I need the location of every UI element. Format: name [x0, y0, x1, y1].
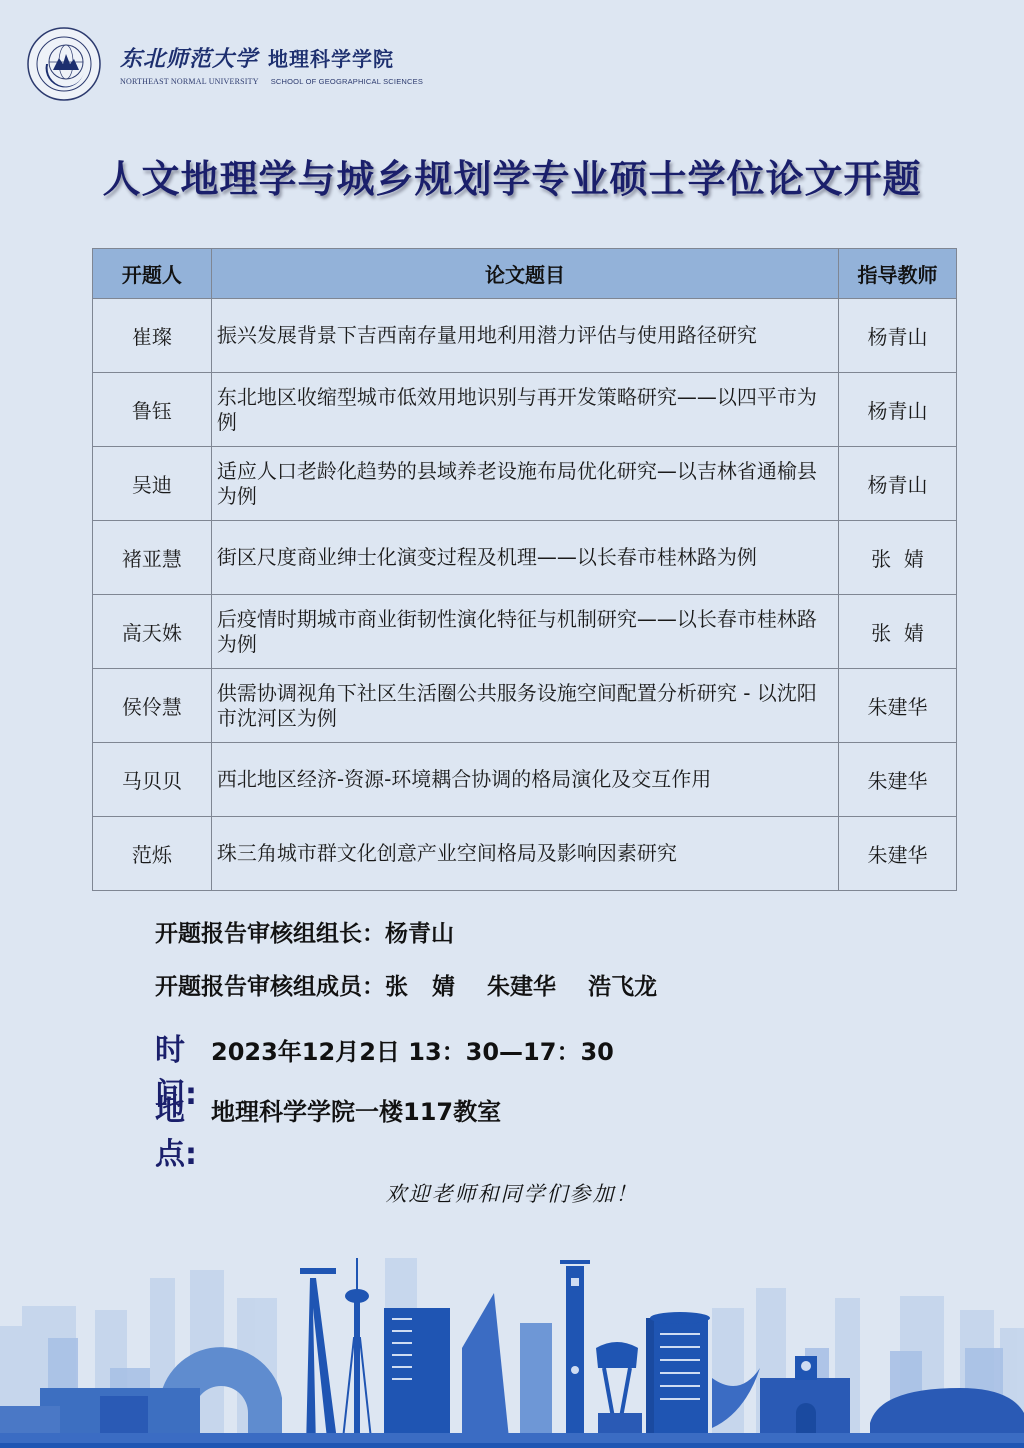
table-row: 高天姝 后疫情时期城市商业街韧性演化特征与机制研究——以长春市桂林路为例 张 婧 [93, 595, 957, 669]
advisor-name: 朱建华 [839, 817, 957, 891]
thesis-topic: 街区尺度商业绅士化演变过程及机理——以长春市桂林路为例 [211, 521, 838, 595]
presenter-name: 侯伶慧 [93, 669, 212, 743]
presenter-name: 褚亚慧 [93, 521, 212, 595]
header-advisor: 指导教师 [839, 249, 957, 299]
review-members: 开题报告审核组成员：张 婧 朱建华 浩飞龙 [155, 968, 657, 1001]
advisor-name: 杨青山 [839, 299, 957, 373]
table-row: 范烁 珠三角城市群文化创意产业空间格局及影响因素研究 朱建华 [93, 817, 957, 891]
welcome-message: 欢迎老师和同学们参加！ [0, 1178, 1024, 1208]
thesis-topic: 适应人口老龄化趋势的县域养老设施布局优化研究—以吉林省通榆县为例 [211, 447, 838, 521]
presenter-name: 崔璨 [93, 299, 212, 373]
presenter-name: 马贝贝 [93, 743, 212, 817]
table-row: 鲁钰 东北地区收缩型城市低效用地识别与再开发策略研究——以四平市为例 杨青山 [93, 373, 957, 447]
thesis-topic: 西北地区经济-资源-环境耦合协调的格局演化及交互作用 [211, 743, 838, 817]
table-row: 马贝贝 西北地区经济-资源-环境耦合协调的格局演化及交互作用 朱建华 [93, 743, 957, 817]
presenter-name: 鲁钰 [93, 373, 212, 447]
presenter-name: 吴迪 [93, 447, 212, 521]
brand-text: 东北师范大学 地理科学学院 NORTHEAST NORMAL UNIVERSIT… [120, 42, 423, 86]
presenter-name: 范烁 [93, 817, 212, 891]
place-value: 地理科学学院一楼117教室 [211, 1092, 501, 1127]
thesis-proposal-table: 开题人 论文题目 指导教师 崔璨 振兴发展背景下吉西南存量用地利用潜力评估与使用… [92, 248, 957, 891]
table-row: 崔璨 振兴发展背景下吉西南存量用地利用潜力评估与使用路径研究 杨青山 [93, 299, 957, 373]
thesis-topic: 珠三角城市群文化创意产业空间格局及影响因素研究 [211, 817, 838, 891]
advisor-name: 杨青山 [839, 447, 957, 521]
city-skyline-illustration [0, 1238, 1024, 1448]
header-presenter: 开题人 [93, 249, 212, 299]
place-label: 地点: [155, 1085, 197, 1173]
time-value: 2023年12月2日 13：30—17：30 [211, 1032, 614, 1067]
school-name-en: SCHOOL OF GEOGRAPHICAL SCIENCES [271, 77, 423, 86]
event-place: 地点: 地理科学学院一楼117教室 [155, 1085, 501, 1173]
advisor-name: 杨青山 [839, 373, 957, 447]
table-row: 褚亚慧 街区尺度商业绅士化演变过程及机理——以长春市桂林路为例 张 婧 [93, 521, 957, 595]
table-row: 吴迪 适应人口老龄化趋势的县域养老设施布局优化研究—以吉林省通榆县为例 杨青山 [93, 447, 957, 521]
university-name-cn: 东北师范大学 [120, 42, 258, 73]
advisor-name: 张 婧 [839, 595, 957, 669]
advisor-name: 朱建华 [839, 669, 957, 743]
thesis-topic: 东北地区收缩型城市低效用地识别与再开发策略研究——以四平市为例 [211, 373, 838, 447]
review-leader: 开题报告审核组组长：杨青山 [155, 915, 454, 948]
advisor-name: 张 婧 [839, 521, 957, 595]
university-seal-icon [26, 26, 102, 102]
table-row: 侯伶慧 供需协调视角下社区生活圈公共服务设施空间配置分析研究 - 以沈阳市沈河区… [93, 669, 957, 743]
thesis-topic: 供需协调视角下社区生活圈公共服务设施空间配置分析研究 - 以沈阳市沈河区为例 [211, 669, 838, 743]
table-header-row: 开题人 论文题目 指导教师 [93, 249, 957, 299]
school-header: 东北师范大学 地理科学学院 NORTHEAST NORMAL UNIVERSIT… [26, 26, 423, 102]
advisor-name: 朱建华 [839, 743, 957, 817]
university-name-en: NORTHEAST NORMAL UNIVERSITY [120, 77, 259, 86]
school-name-cn: 地理科学学院 [268, 43, 394, 72]
page-title: 人文地理学与城乡规划学专业硕士学位论文开题 [0, 148, 1024, 203]
presenter-name: 高天姝 [93, 595, 212, 669]
header-topic: 论文题目 [211, 249, 838, 299]
thesis-topic: 后疫情时期城市商业街韧性演化特征与机制研究——以长春市桂林路为例 [211, 595, 838, 669]
thesis-topic: 振兴发展背景下吉西南存量用地利用潜力评估与使用路径研究 [211, 299, 838, 373]
